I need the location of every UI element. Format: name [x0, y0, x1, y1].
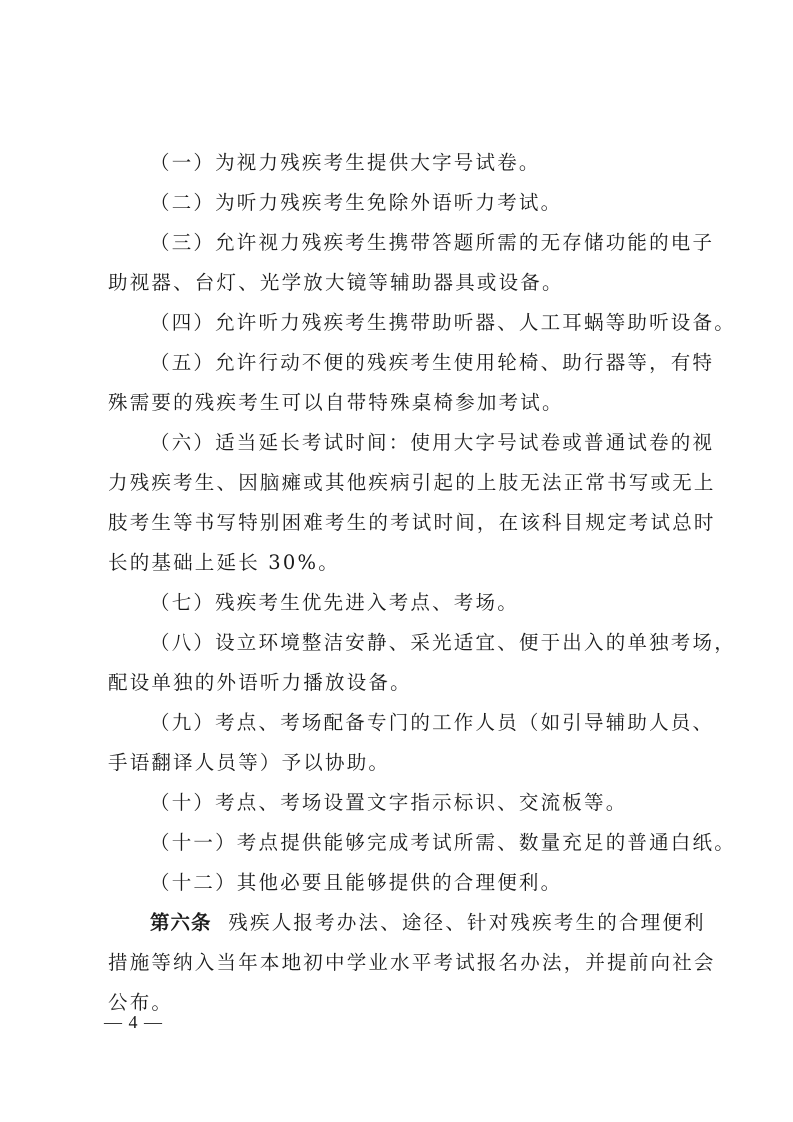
text-line: （二）为听力残疾考生免除外语听力考试。: [150, 190, 693, 216]
text-line: （八）设立环境整洁安静、采光适宜、便于出入的单独考场，: [150, 630, 693, 656]
text-line: （七）残疾考生优先进入考点、考场。: [150, 590, 693, 616]
document-page: （一）为视力残疾考生提供大字号试卷。（二）为听力残疾考生免除外语听力考试。（三）…: [0, 0, 793, 1122]
text-line: 殊需要的残疾考生可以自带特殊桌椅参加考试。: [108, 390, 693, 416]
text-line: （六）适当延长考试时间：使用大字号试卷或普通试卷的视: [150, 430, 693, 456]
text-line: （四）允许听力残疾考生携带助听器、人工耳蜗等助听设备。: [150, 310, 693, 336]
article-6-heading: 第六条: [150, 911, 212, 934]
text-line: 力残疾考生、因脑瘫或其他疾病引起的上肢无法正常书写或无上: [108, 470, 693, 496]
page-number: — 4 —: [104, 1012, 163, 1033]
text-line: 配设单独的外语听力播放设备。: [108, 670, 693, 696]
article-6-line-1: 第六条 残疾人报考办法、途径、针对残疾考生的合理便利: [150, 910, 693, 936]
text-line: 手语翻译人员等）予以协助。: [108, 750, 693, 776]
text-line: （十）考点、考场设置文字指示标识、交流板等。: [150, 790, 693, 816]
text-line: （三）允许视力残疾考生携带答题所需的无存储功能的电子: [150, 230, 693, 256]
text-line: 肢考生等书写特别困难考生的考试时间，在该科目规定考试总时: [108, 510, 693, 536]
article-6-line-3: 公布。: [108, 990, 693, 1016]
article-6-line-2: 措施等纳入当年本地初中学业水平考试报名办法，并提前向社会: [108, 950, 693, 976]
text-line: （五）允许行动不便的残疾考生使用轮椅、助行器等，有特: [150, 350, 693, 376]
text-line: （十二）其他必要且能够提供的合理便利。: [150, 870, 693, 896]
text-line: （九）考点、考场配备专门的工作人员（如引导辅助人员、: [150, 710, 693, 736]
text-line: 长的基础上延长 30%。: [108, 550, 693, 576]
text-line: 助视器、台灯、光学放大镜等辅助器具或设备。: [108, 270, 693, 296]
text-line: （十一）考点提供能够完成考试所需、数量充足的普通白纸。: [150, 830, 693, 856]
text-line: （一）为视力残疾考生提供大字号试卷。: [150, 150, 693, 176]
